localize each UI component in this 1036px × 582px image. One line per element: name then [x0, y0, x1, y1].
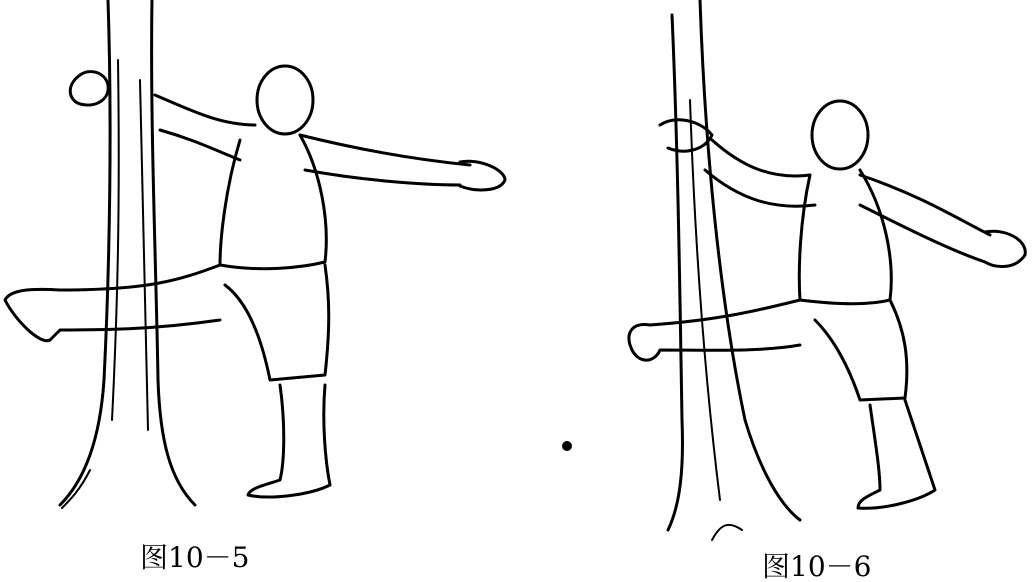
- monk-figure-10-6: [629, 101, 1025, 508]
- caption-figure-10-6: 图10－6: [762, 545, 871, 582]
- monk-figure-10-5: [5, 66, 505, 497]
- ink-dot: [562, 441, 572, 451]
- caption-figure-10-5: 图10－5: [140, 536, 249, 576]
- tree-figure-10-6: [668, 0, 800, 540]
- illustration-canvas: [0, 0, 1036, 582]
